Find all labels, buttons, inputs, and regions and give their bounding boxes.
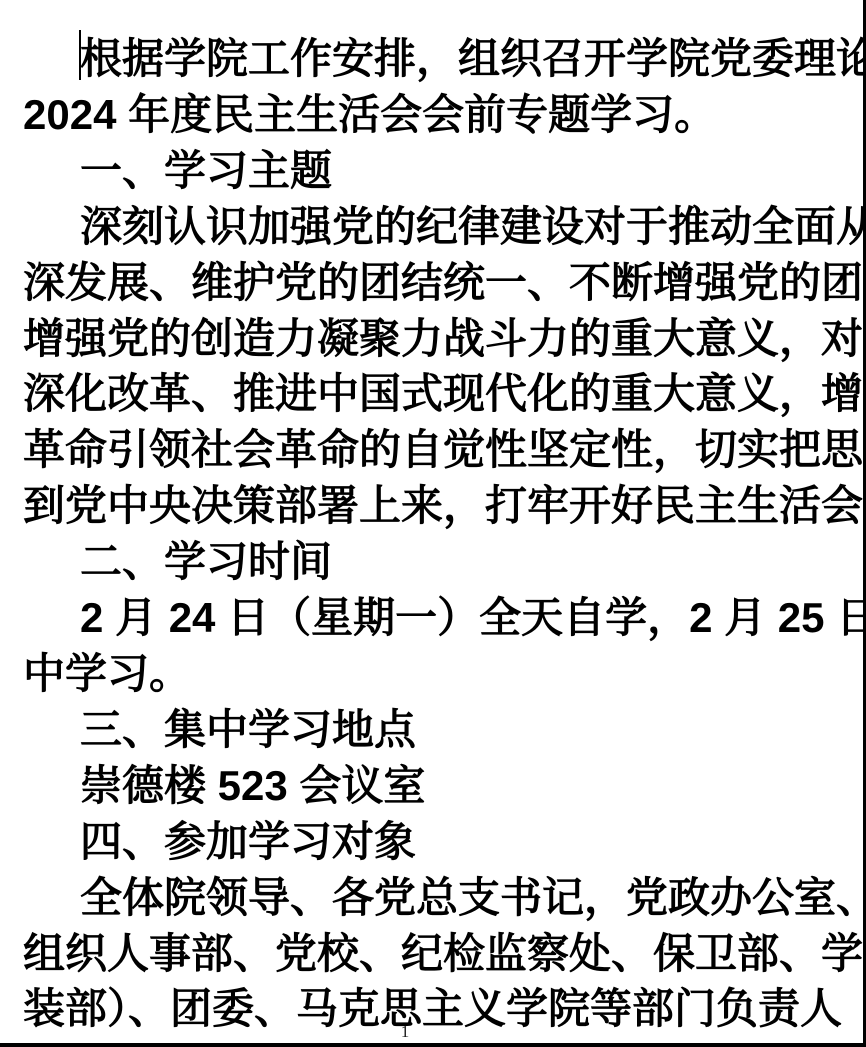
text-line[interactable]: 深发展、维护党的团结统一、不断增强党的团结统一、不断 [23, 255, 839, 311]
text-line[interactable]: 崇德楼 523 会议室 [23, 758, 839, 814]
text-line[interactable]: 革命引领社会革命的自觉性坚定性，切实把思想和行动统一 [23, 422, 839, 478]
document-text-area[interactable]: 根据学院工作安排，组织召开学院党委理论学习中心组 2024 年度民主生活会会前专… [23, 31, 839, 1037]
page-number: 1 [0, 1022, 810, 1042]
heading-study-location[interactable]: 三、集中学习地点 [23, 702, 839, 758]
text-line[interactable]: 全体院领导、各党总支书记，党政办公室、宣传统战部、 [23, 870, 839, 926]
heading-participants[interactable]: 四、参加学习对象 [23, 814, 839, 870]
text-line[interactable]: 增强党的创造力凝聚力战斗力的重大意义，对于进一步全面 [23, 311, 839, 367]
text-line[interactable]: 深化改革、推进中国式现代化的重大意义，增强以党的自我 [23, 366, 839, 422]
text-line[interactable]: 中学习。 [23, 646, 839, 702]
heading-study-time[interactable]: 二、学习时间 [23, 534, 839, 590]
text-line[interactable]: 2024 年度民主生活会会前专题学习。 [23, 87, 839, 143]
text-line[interactable]: 组织人事部、党校、纪检监察处、保卫部、学生工作部（武 [23, 926, 839, 982]
text-line[interactable]: 2 月 24 日（星期一）全天自学，2 月 25 日（星期二）集 [23, 590, 839, 646]
document-page[interactable]: 根据学院工作安排，组织召开学院党委理论学习中心组 2024 年度民主生活会会前专… [0, 0, 866, 1047]
text-line[interactable]: 到党中央决策部署上来，打牢开好民主生活会的思想基础。 [23, 478, 839, 534]
text-line[interactable]: 深刻认识加强党的纪律建设对于推动全面从严治党纵 [23, 199, 839, 255]
text-line[interactable]: 根据学院工作安排，组织召开学院党委理论学习中心组 [23, 31, 839, 87]
heading-study-topic[interactable]: 一、学习主题 [23, 143, 839, 199]
